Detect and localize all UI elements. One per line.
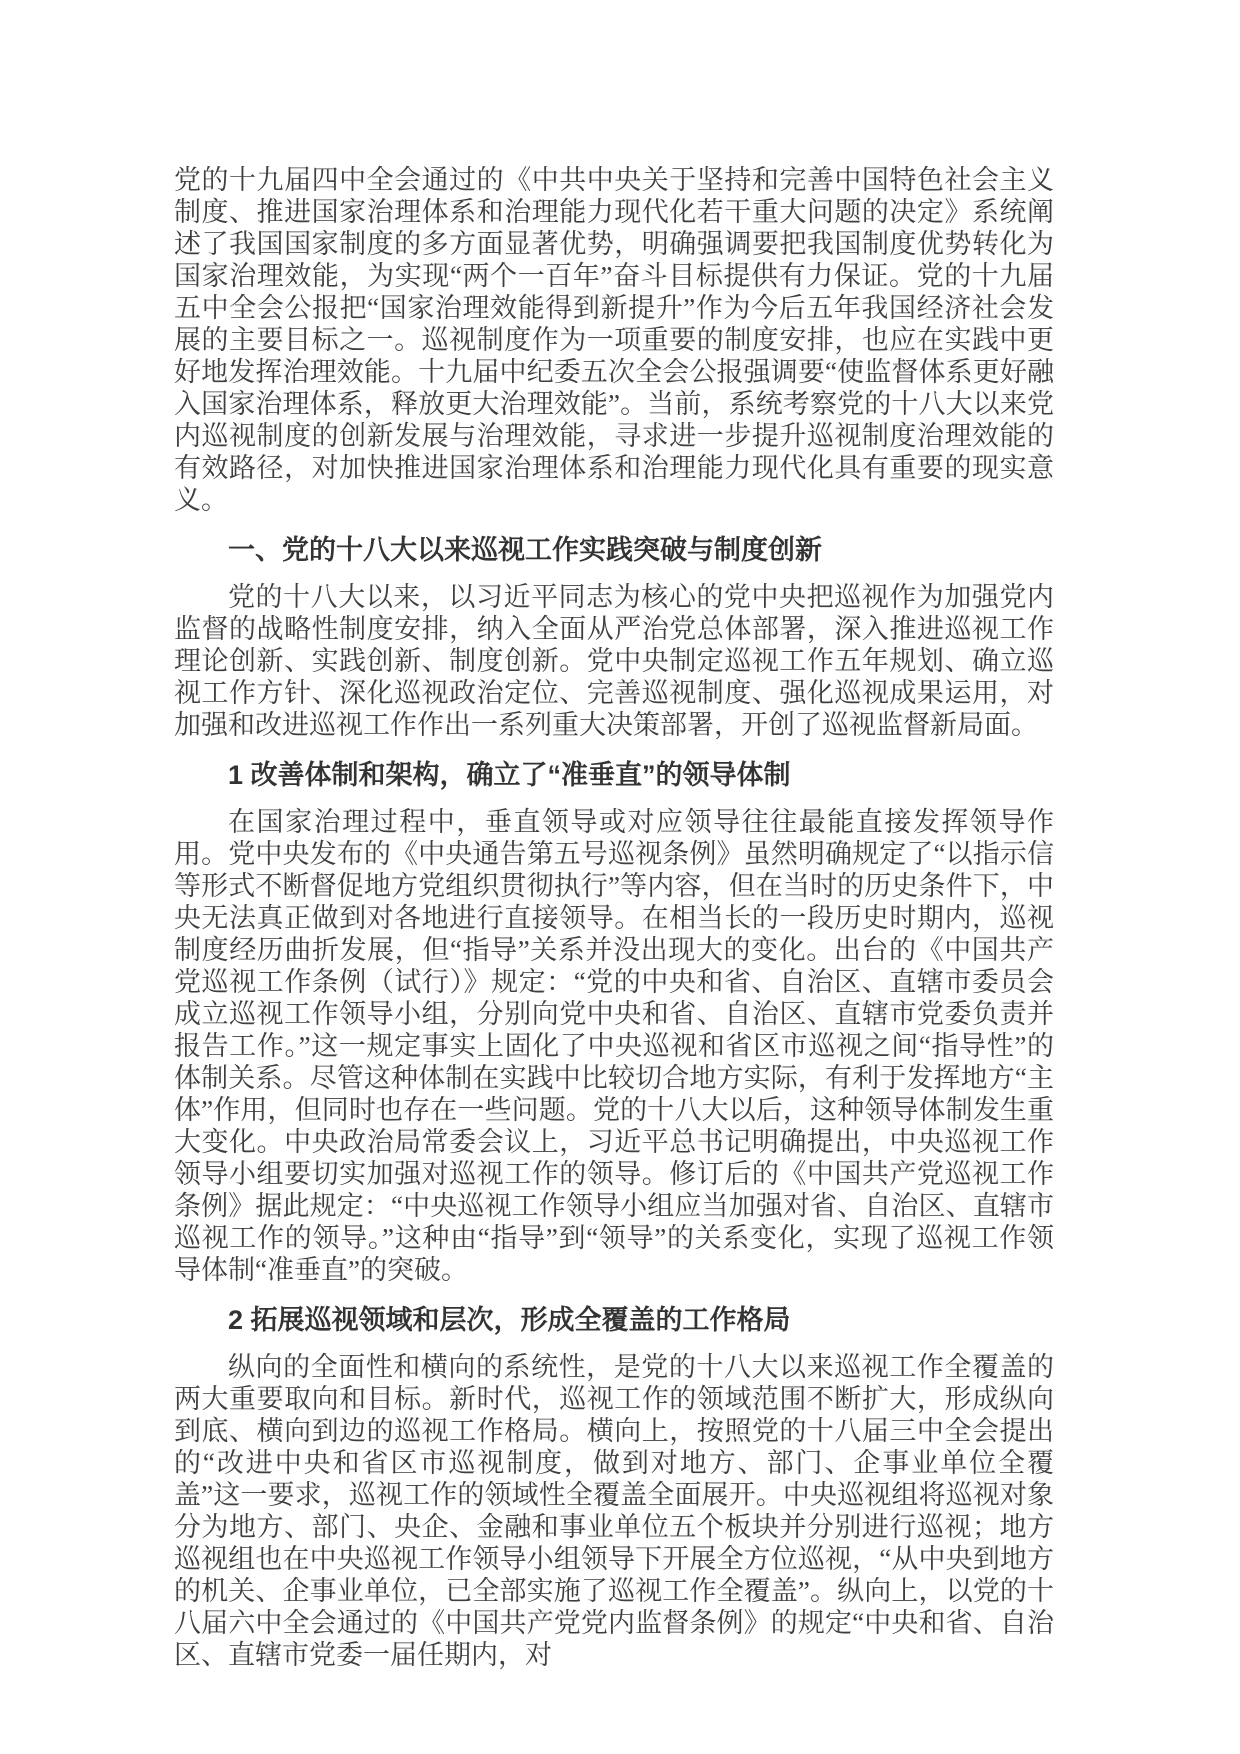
document-body: 党的十九届四中全会通过的《中共中央关于坚持和完善中国特色社会主义制度、推进国家治… <box>174 164 1054 1671</box>
heading-subsection-1: 1 改善体制和架构，确立了“准垂直”的领导体制 <box>174 759 1054 791</box>
paragraph-subsection-2: 纵向的全面性和横向的系统性，是党的十八大以来巡视工作全覆盖的两大重要取向和目标。… <box>174 1351 1054 1671</box>
paragraph-intro: 党的十九届四中全会通过的《中共中央关于坚持和完善中国特色社会主义制度、推进国家治… <box>174 164 1054 516</box>
heading-subsection-2: 2 拓展巡视领域和层次，形成全覆盖的工作格局 <box>174 1304 1054 1336</box>
paragraph-subsection-1: 在国家治理过程中，垂直领导或对应领导往往最能直接发挥领导作用。党中央发布的《中央… <box>174 806 1054 1286</box>
heading-section-1: 一、党的十八大以来巡视工作实践突破与制度创新 <box>174 534 1054 566</box>
document-page: 党的十九届四中全会通过的《中共中央关于坚持和完善中国特色社会主义制度、推进国家治… <box>0 0 1240 1754</box>
paragraph-section-1-overview: 党的十八大以来，以习近平同志为核心的党中央把巡视作为加强党内监督的战略性制度安排… <box>174 581 1054 741</box>
